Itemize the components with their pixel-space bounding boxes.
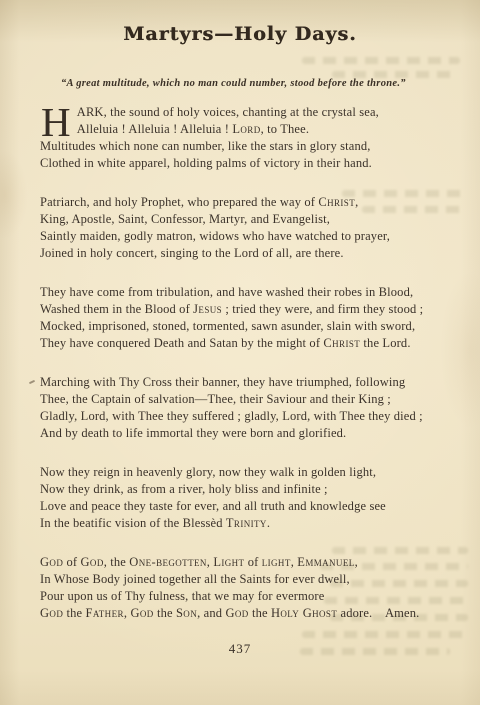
stanza-6: God of God, the One-begotten, Light of l… xyxy=(40,554,452,622)
stanza-4: Marching with Thy Cross their banner, th… xyxy=(40,374,452,442)
scanned-hymnal-page: { "page": { "title": "Martyrs\u2014Holy … xyxy=(0,0,480,705)
page-number: 437 xyxy=(0,641,480,657)
age-stain xyxy=(0,150,28,240)
verse-line: Multitudes which none can number, like t… xyxy=(40,138,452,155)
verse-line: Gladly, Lord, with Thee they suffered ; … xyxy=(40,408,452,425)
verse-line: Love and peace they taste for ever, and … xyxy=(40,498,452,515)
page-title: Martyrs—Holy Days. xyxy=(0,23,480,45)
verse-line: Alleluia ! Alleluia ! Alleluia ! Lord, t… xyxy=(40,121,452,138)
verse-line: In Whose Body joined together all the Sa… xyxy=(40,571,452,588)
stanza-5: Now they reign in heavenly glory, now th… xyxy=(40,464,452,532)
show-through-line xyxy=(302,57,460,64)
verse-line: Clothed in white apparel, holding palms … xyxy=(40,155,452,172)
verse-line: Mocked, imprisoned, stoned, tormented, s… xyxy=(40,318,452,335)
verse-line: Now they reign in heavenly glory, now th… xyxy=(40,464,452,481)
epigraph: “A great multitude, which no man could n… xyxy=(61,78,406,89)
verse-line: King, Apostle, Saint, Confessor, Martyr,… xyxy=(40,211,452,228)
show-through-line xyxy=(332,71,458,78)
stanza-2: Patriarch, and holy Prophet, who prepare… xyxy=(40,194,452,262)
verse-line: And by death to life immortal they were … xyxy=(40,425,452,442)
verse-line: Patriarch, and holy Prophet, who prepare… xyxy=(40,194,452,211)
verse-line: Thee, the Captain of salvation—Thee, the… xyxy=(40,391,452,408)
verse-line: Pour upon us of Thy fulness, that we may… xyxy=(40,588,452,605)
verse-line: God of God, the One-begotten, Light of l… xyxy=(40,554,452,571)
stanza-1: H ARK, the sound of holy voices, chantin… xyxy=(40,104,452,172)
verse-line: Saintly maiden, godly matron, widows who… xyxy=(40,228,452,245)
verse-line: Washed them in the Blood of Jesus ; trie… xyxy=(40,301,452,318)
stanza-3: They have come from tribulation, and hav… xyxy=(40,284,452,352)
verse-line: They have conquered Death and Satan by t… xyxy=(40,335,452,352)
verse-line: In the beatific vision of the Blessèd Tr… xyxy=(40,515,452,532)
verse-line: Marching with Thy Cross their banner, th… xyxy=(40,374,452,391)
print-artifact-mark xyxy=(29,380,35,384)
verse-line: God the Father, God the Son, and God the… xyxy=(40,605,452,622)
verse-line: Now they drink, as from a river, holy bl… xyxy=(40,481,452,498)
verse-line: Joined in holy concert, singing to the L… xyxy=(40,245,452,262)
hymn-text: H ARK, the sound of holy voices, chantin… xyxy=(40,104,452,644)
verse-line: They have come from tribulation, and hav… xyxy=(40,284,452,301)
drop-cap: H xyxy=(40,104,77,138)
verse-line: ARK, the sound of holy voices, chanting … xyxy=(40,104,452,121)
